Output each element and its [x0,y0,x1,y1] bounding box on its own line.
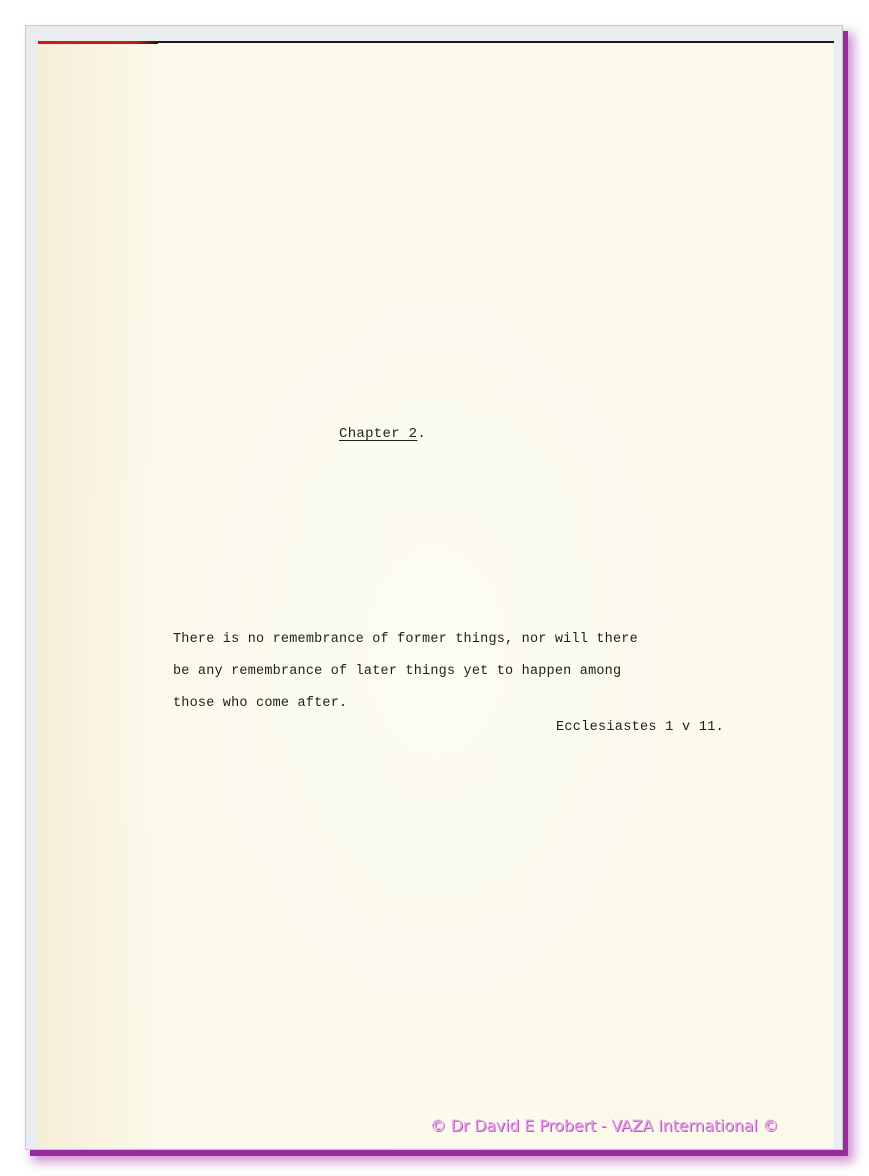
typewritten-page [38,41,834,1148]
chapter-heading: Chapter 2. [339,426,426,442]
epigraph-line: those who come after. [173,688,733,720]
epigraph: There is no remembrance of former things… [173,624,733,720]
chapter-heading-text: Chapter 2 [339,426,417,442]
epigraph-line: be any remembrance of later things yet t… [173,656,733,688]
epigraph-citation: Ecclesiastes 1 v 11. [556,720,724,735]
chapter-heading-period: . [417,426,426,442]
copyright-watermark: © Dr David E Probert - VAZA Internationa… [430,1116,778,1135]
epigraph-line: There is no remembrance of former things… [173,624,733,656]
